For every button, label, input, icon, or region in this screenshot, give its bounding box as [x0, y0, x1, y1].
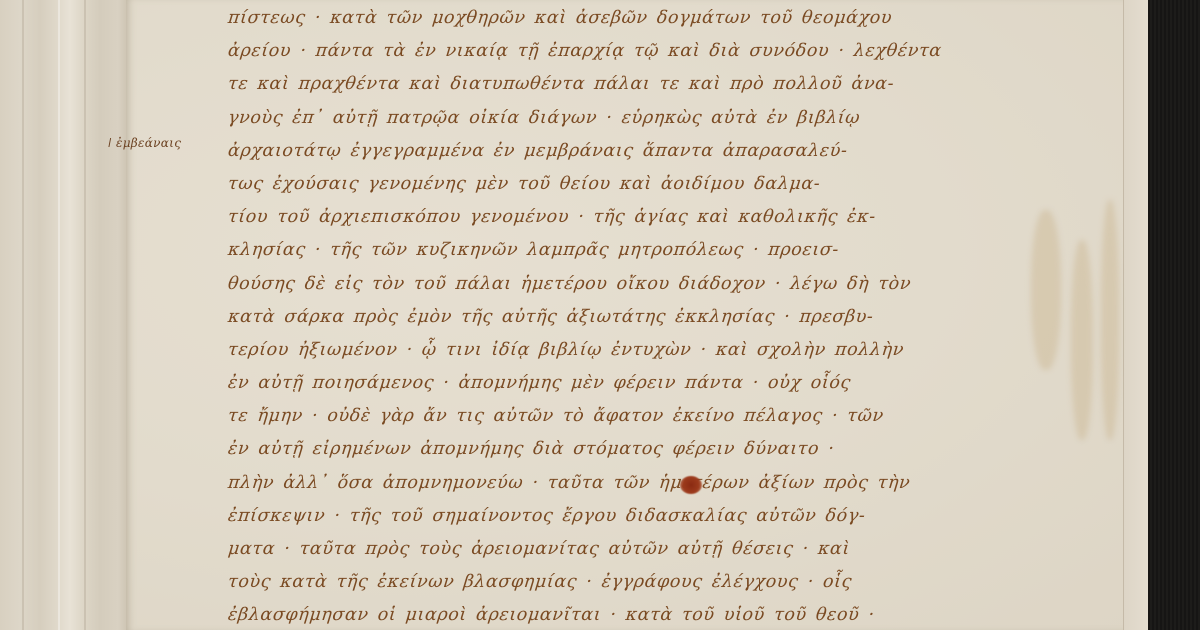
text-line: ἐπίσκεψιν · τῆς τοῦ σημαίνοντος ἔργου δι… [226, 500, 789, 533]
marginal-note-mark: ǀ [108, 136, 116, 150]
text-line: τε ἤμην · οὐδὲ γὰρ ἄν τις αὐτῶν τὸ ἄφατο… [226, 400, 789, 433]
page-edge [1123, 0, 1148, 630]
text-line: ἐβλασφήμησαν οἱ μιαροὶ ἀρειομανῖται · κα… [226, 599, 789, 630]
text-line: θούσης δὲ εἰς τὸν τοῦ πάλαι ἡμετέρου οἴκ… [226, 268, 789, 301]
text-line: γνοὺς ἐπ᾿ αὐτῇ πατρῷα οἰκία διάγων · εὑρ… [226, 102, 789, 135]
text-line: τως ἐχούσαις γενομένης μὲν τοῦ θείου καὶ… [226, 168, 789, 201]
text-line: ἐν αὐτῇ εἰρημένων ἀπομνήμης διὰ στόματος… [226, 433, 789, 466]
gutter-fold [84, 0, 86, 630]
water-stain [1071, 240, 1093, 440]
ink-blot [680, 476, 702, 494]
water-stain [1101, 200, 1119, 440]
text-line: τοὺς κατὰ τῆς ἐκείνων βλασφημίας · ἐγγρά… [226, 566, 789, 599]
binding-gutter [0, 0, 126, 630]
water-stain [1031, 210, 1061, 370]
text-line: πίστεως · κατὰ τῶν μοχθηρῶν καὶ ἀσεβῶν δ… [226, 2, 789, 35]
text-line: ἀρχαιοτάτῳ ἐγγεγραμμένα ἐν μεμβράναις ἅπ… [226, 135, 789, 168]
marginal-note: ǀ ἐμβεάναις [108, 136, 181, 150]
text-line: ἀρείου · πάντα τὰ ἐν νικαίᾳ τῇ ἐπαρχίᾳ τ… [226, 35, 789, 68]
text-line: ματα · ταῦτα πρὸς τοὺς ἀρειομανίτας αὐτῶ… [226, 533, 789, 566]
marginal-note-text: ἐμβεάναις [116, 136, 181, 150]
text-line: τε καὶ πραχθέντα καὶ διατυπωθέντα πάλαι … [226, 68, 789, 101]
manuscript-text-block: πίστεως · κατὰ τῶν μοχθηρῶν καὶ ἀσεβῶν δ… [228, 2, 788, 630]
text-line: πλὴν ἀλλ᾿ ὅσα ἀπομνημονεύω · ταῦτα τῶν ἡ… [226, 467, 789, 500]
gutter-fold [58, 0, 60, 630]
text-line: τίου τοῦ ἀρχιεπισκόπου γενομένου · τῆς ἁ… [226, 201, 789, 234]
dark-backdrop [1148, 0, 1200, 630]
text-line: τερίου ἠξιωμένον · ᾧ τινι ἰδίᾳ βιβλίῳ ἐν… [226, 334, 789, 367]
text-line: κατὰ σάρκα πρὸς ἐμὸν τῆς αὐτῆς ἀξιωτάτης… [226, 301, 789, 334]
text-line: ἐν αὐτῇ ποιησάμενος · ἀπομνήμης μὲν φέρε… [226, 367, 789, 400]
gutter-fold [22, 0, 24, 630]
text-line: κλησίας · τῆς τῶν κυζικηνῶν λαμπρᾶς μητρ… [226, 234, 789, 267]
